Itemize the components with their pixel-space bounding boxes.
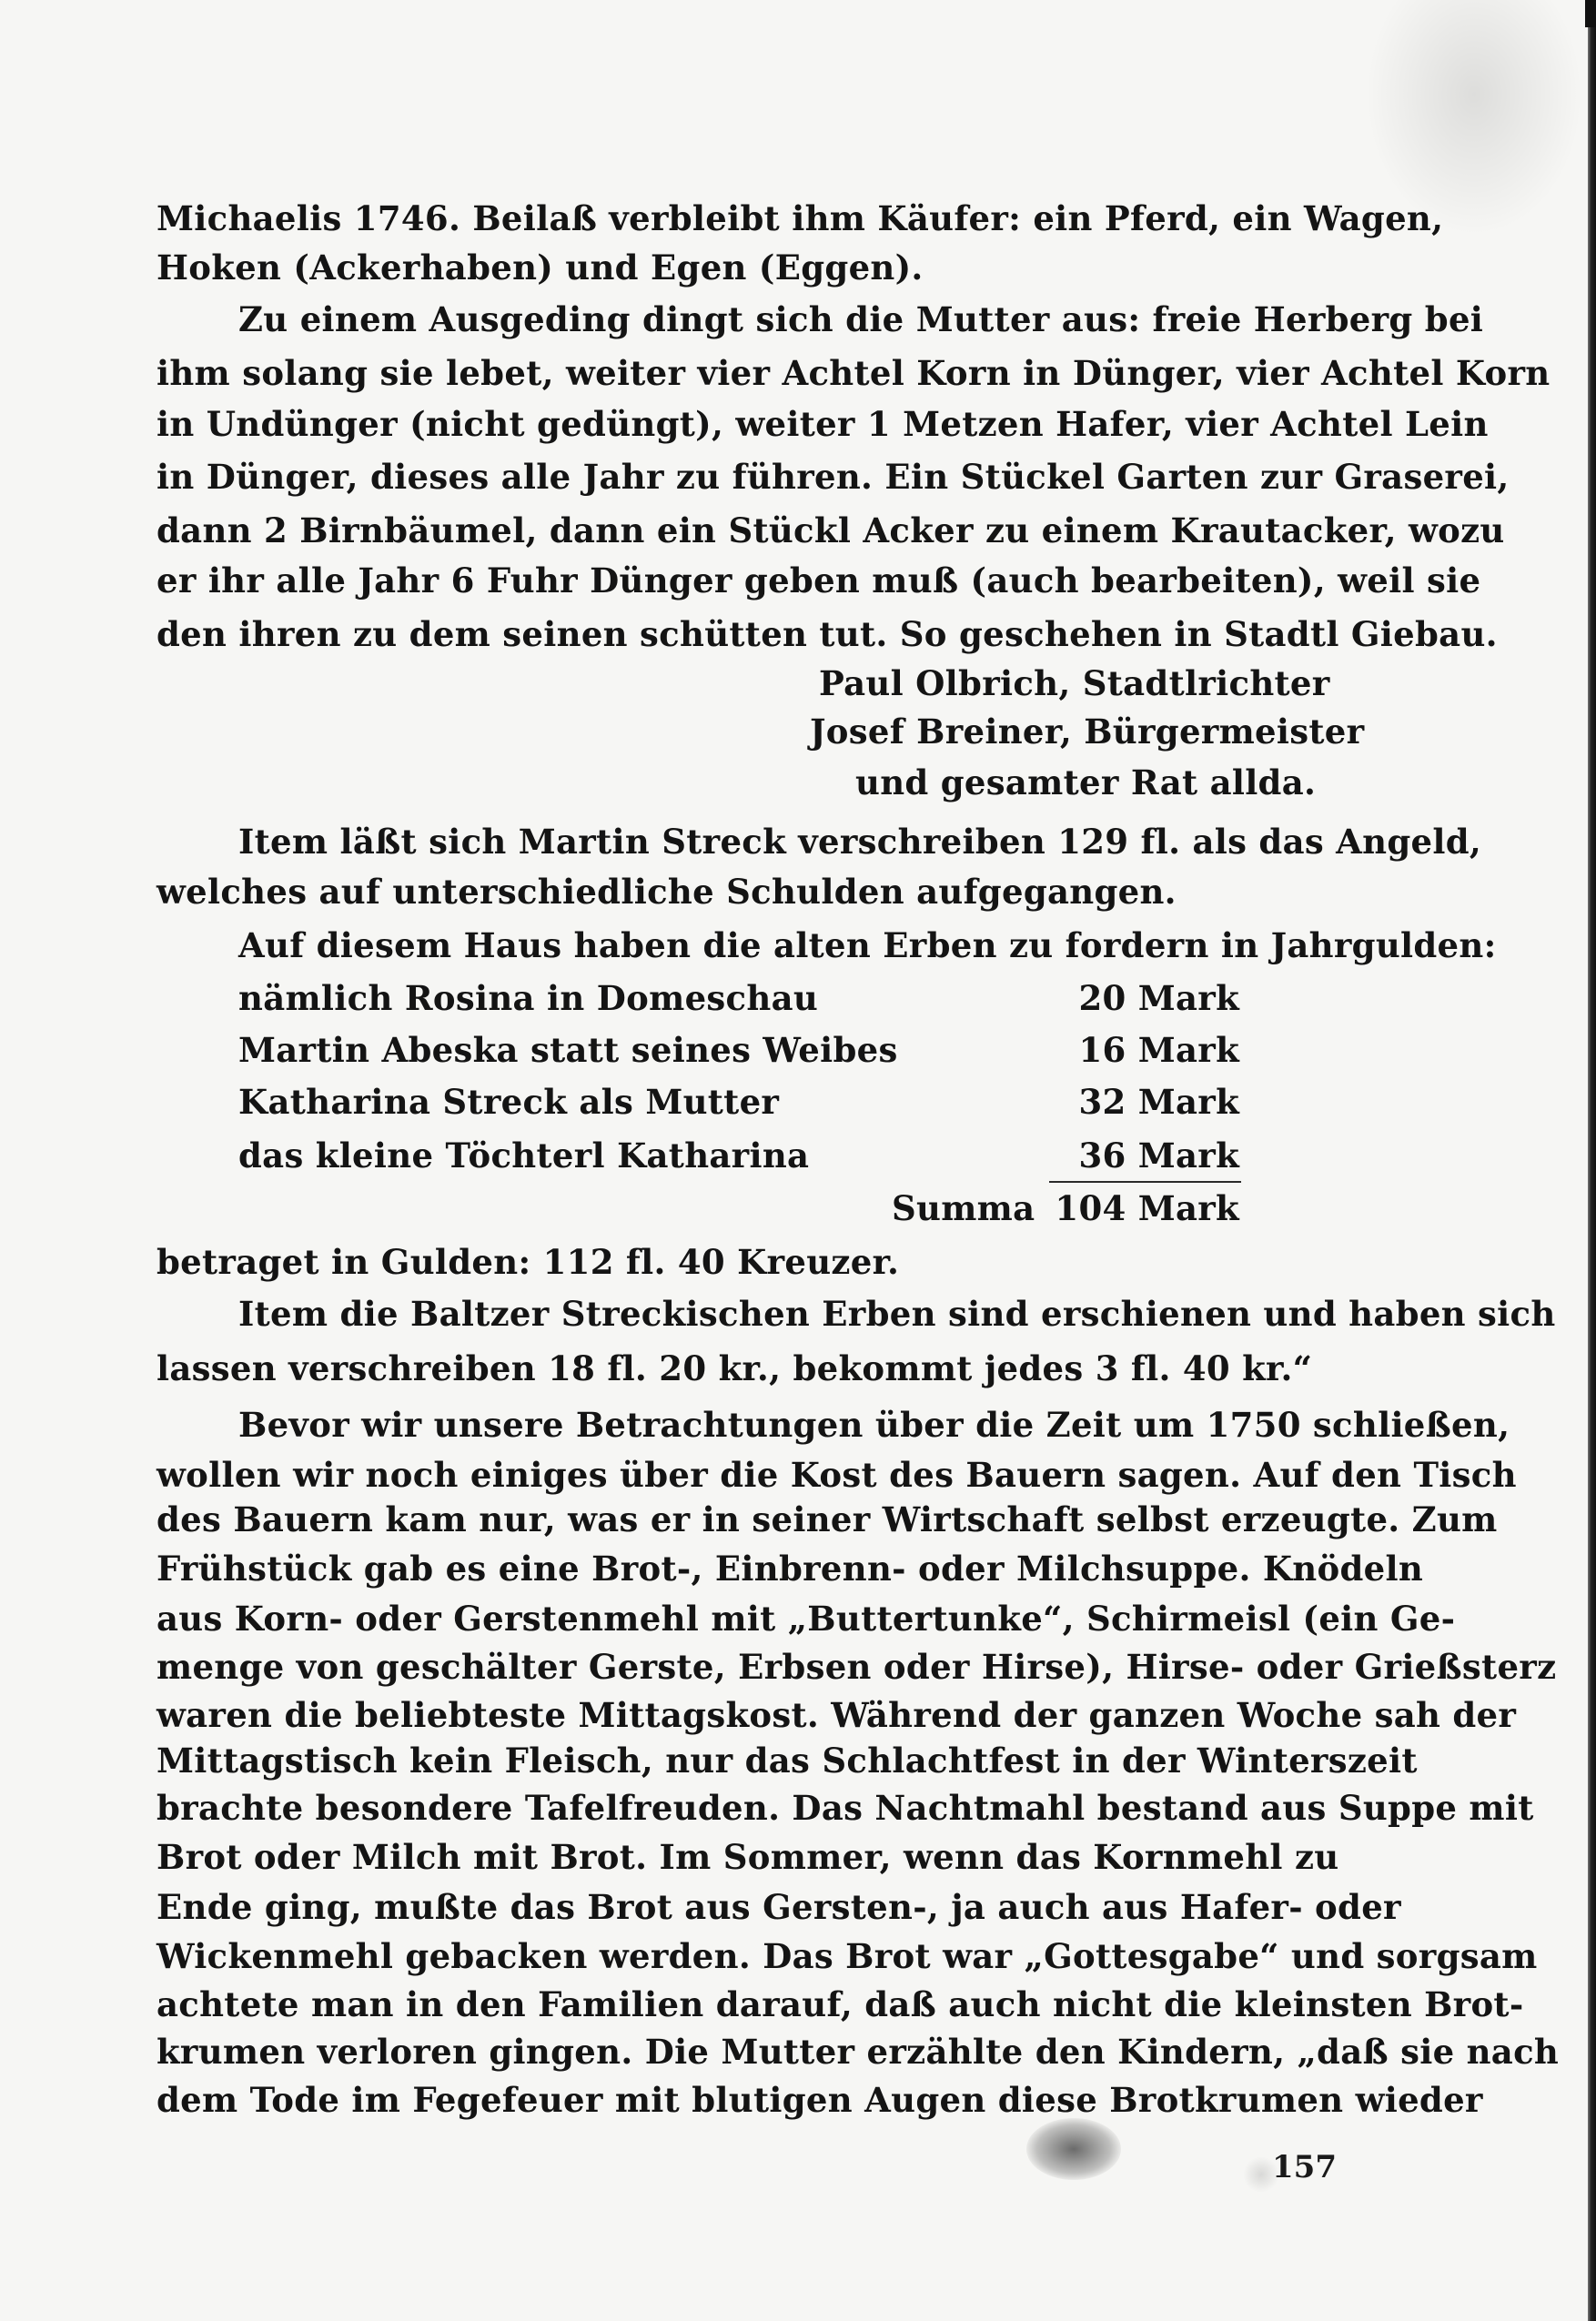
sum-rule bbox=[1049, 1181, 1241, 1183]
text-line: Brot oder Milch mit Brot. Im Sommer, wen… bbox=[157, 1837, 1312, 1877]
text-line: Frühstück gab es eine Brot-, Einbrenn- o… bbox=[157, 1549, 1312, 1589]
text-line: in Dünger, dieses alle Jahr zu führen. E… bbox=[157, 457, 1312, 497]
table-row-amount: 16 Mark bbox=[1046, 1030, 1239, 1070]
text-line: in Undünger (nicht gedüngt), weiter 1 Me… bbox=[157, 404, 1312, 444]
page-number: 157 bbox=[1272, 2149, 1337, 2185]
text-line: Hoken (Ackerhaben) und Egen (Eggen). bbox=[157, 247, 924, 288]
text-line: Michaelis 1746. Beilaß verbleibt ihm Käu… bbox=[157, 198, 1312, 238]
text-line: krumen verloren gingen. Die Mutter erzäh… bbox=[157, 2032, 1312, 2072]
text-line: Ende ging, mußte das Brot aus Gersten-, … bbox=[157, 1887, 1312, 1927]
signature-line: Josef Breiner, Bürgermeister bbox=[810, 711, 1364, 752]
table-row-amount: 32 Mark bbox=[1046, 1082, 1239, 1122]
text-line: Item die Baltzer Streckischen Erben sind… bbox=[238, 1294, 1312, 1334]
page-edge-corner bbox=[1585, 0, 1596, 27]
text-line: menge von geschälter Gerste, Erbsen oder… bbox=[157, 1647, 1312, 1687]
text-line: welches auf unterschiedliche Schulden au… bbox=[157, 872, 1177, 912]
text-line: Wickenmehl gebacken werden. Das Brot war… bbox=[157, 1936, 1312, 1976]
table-row-amount: 36 Mark bbox=[1046, 1135, 1239, 1176]
text-line: ihm solang sie lebet, weiter vier Achtel… bbox=[157, 353, 1312, 393]
ink-smudge bbox=[1026, 2118, 1121, 2180]
text-line: den ihren zu dem seinen schütten tut. So… bbox=[157, 614, 1312, 654]
table-row-amount: 20 Mark bbox=[1046, 978, 1239, 1018]
sum-label: Summa bbox=[892, 1188, 1035, 1228]
text-line: Item läßt sich Martin Streck verschreibe… bbox=[238, 822, 1312, 862]
text-line: Mittagstisch kein Fleisch, nur das Schla… bbox=[157, 1741, 1312, 1781]
sum-amount: 104 Mark bbox=[1046, 1188, 1239, 1228]
text-line: betraget in Gulden: 112 fl. 40 Kreuzer. bbox=[157, 1242, 899, 1282]
signature-line: und gesamter Rat allda. bbox=[855, 762, 1316, 802]
text-line: wollen wir noch einiges über die Kost de… bbox=[157, 1455, 1312, 1495]
signature-line: Paul Olbrich, Stadtlrichter bbox=[819, 663, 1330, 703]
table-row-name: das kleine Töchterl Katharina bbox=[238, 1135, 809, 1176]
text-line: aus Korn- oder Gerstenmehl mit „Buttertu… bbox=[157, 1599, 1312, 1639]
text-line: dem Tode im Fegefeuer mit blutigen Augen… bbox=[157, 2080, 1312, 2120]
page-edge-shadow bbox=[1588, 0, 1596, 2321]
table-row-name: Katharina Streck als Mutter bbox=[238, 1082, 779, 1122]
table-row-name: nämlich Rosina in Domeschau bbox=[238, 978, 818, 1018]
text-line: lassen verschreiben 18 fl. 20 kr., bekom… bbox=[157, 1348, 1312, 1388]
text-line: des Bauern kam nur, was er in seiner Wir… bbox=[157, 1499, 1312, 1539]
text-line: dann 2 Birnbäumel, dann ein Stückl Acker… bbox=[157, 510, 1312, 550]
table-row-name: Martin Abeska statt seines Weibes bbox=[238, 1030, 898, 1070]
text-line: Bevor wir unsere Betrachtungen über die … bbox=[238, 1405, 1312, 1445]
text-line: brachte besondere Tafelfreuden. Das Nach… bbox=[157, 1788, 1312, 1828]
text-line: achtete man in den Familien darauf, daß … bbox=[157, 1984, 1312, 2024]
text-line: Zu einem Ausgeding dingt sich die Mutter… bbox=[238, 299, 1312, 339]
text-line: er ihr alle Jahr 6 Fuhr Dünger geben muß… bbox=[157, 560, 1312, 600]
text-line: waren die beliebteste Mittagskost. Währe… bbox=[157, 1695, 1312, 1735]
text-line: Auf diesem Haus haben die alten Erben zu… bbox=[238, 925, 1312, 965]
